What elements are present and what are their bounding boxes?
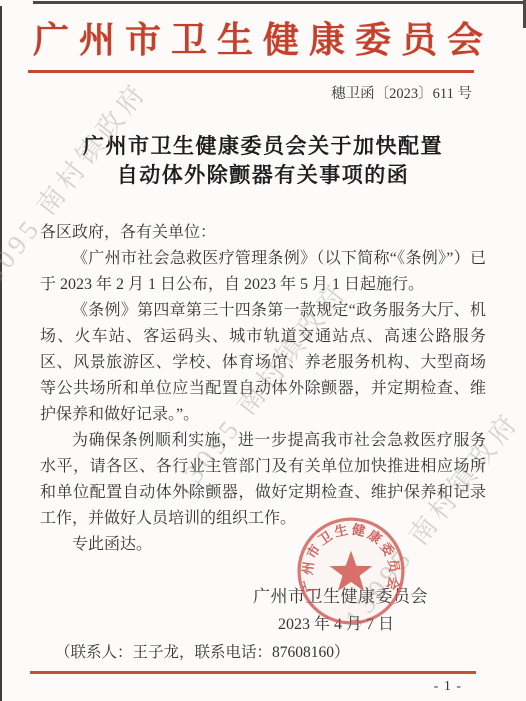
paragraph-2: 《条例》第四章第三十四条第一款规定“政务服务大厅、机场、火车站、客运码头、城市轨… <box>40 298 486 428</box>
contact-line: （联系人：王子龙，联系电话：87608160） <box>0 640 526 666</box>
signature-org: 广州市卫生健康委员会 <box>0 584 526 610</box>
letter-body: 各区政府，各有关单位： 《广州市社会急救医疗管理条例》（以下简称“《条例》”）已… <box>40 220 486 558</box>
paragraph-1: 《广州市社会急救医疗管理条例》（以下简称“《条例》”）已于 2023 年 2 月… <box>40 246 486 298</box>
page-number: - 1 - <box>434 679 462 695</box>
document-page: 13095 南村镇政府 13095 南村镇政府 13095 南村镇政府 广州市卫… <box>0 0 526 701</box>
footer-divider <box>30 671 476 674</box>
letterhead-org-name: 广州市卫生健康委员会 <box>0 0 526 65</box>
document-title: 广州市卫生健康委员会关于加快配置 自动体外除颤器有关事项的函 <box>0 132 526 190</box>
title-line-1: 广州市卫生健康委员会关于加快配置 <box>0 132 526 161</box>
signature-date: 2023 年 4 月 7 日 <box>0 612 526 638</box>
salutation: 各区政府，各有关单位： <box>40 220 486 246</box>
paragraph-3: 为确保条例顺利实施，进一步提高我市社会急救医疗服务水平，请各区、各行业主管部门及… <box>40 428 486 532</box>
document-number: 穗卫函〔2023〕611 号 <box>0 84 526 104</box>
paragraph-4: 专此函达。 <box>40 532 486 558</box>
title-line-2: 自动体外除颤器有关事项的函 <box>0 161 526 190</box>
letter-content: 广州市卫生健康委员会 穗卫函〔2023〕611 号 广州市卫生健康委员会关于加快… <box>0 0 526 666</box>
letterhead-divider <box>28 70 474 73</box>
